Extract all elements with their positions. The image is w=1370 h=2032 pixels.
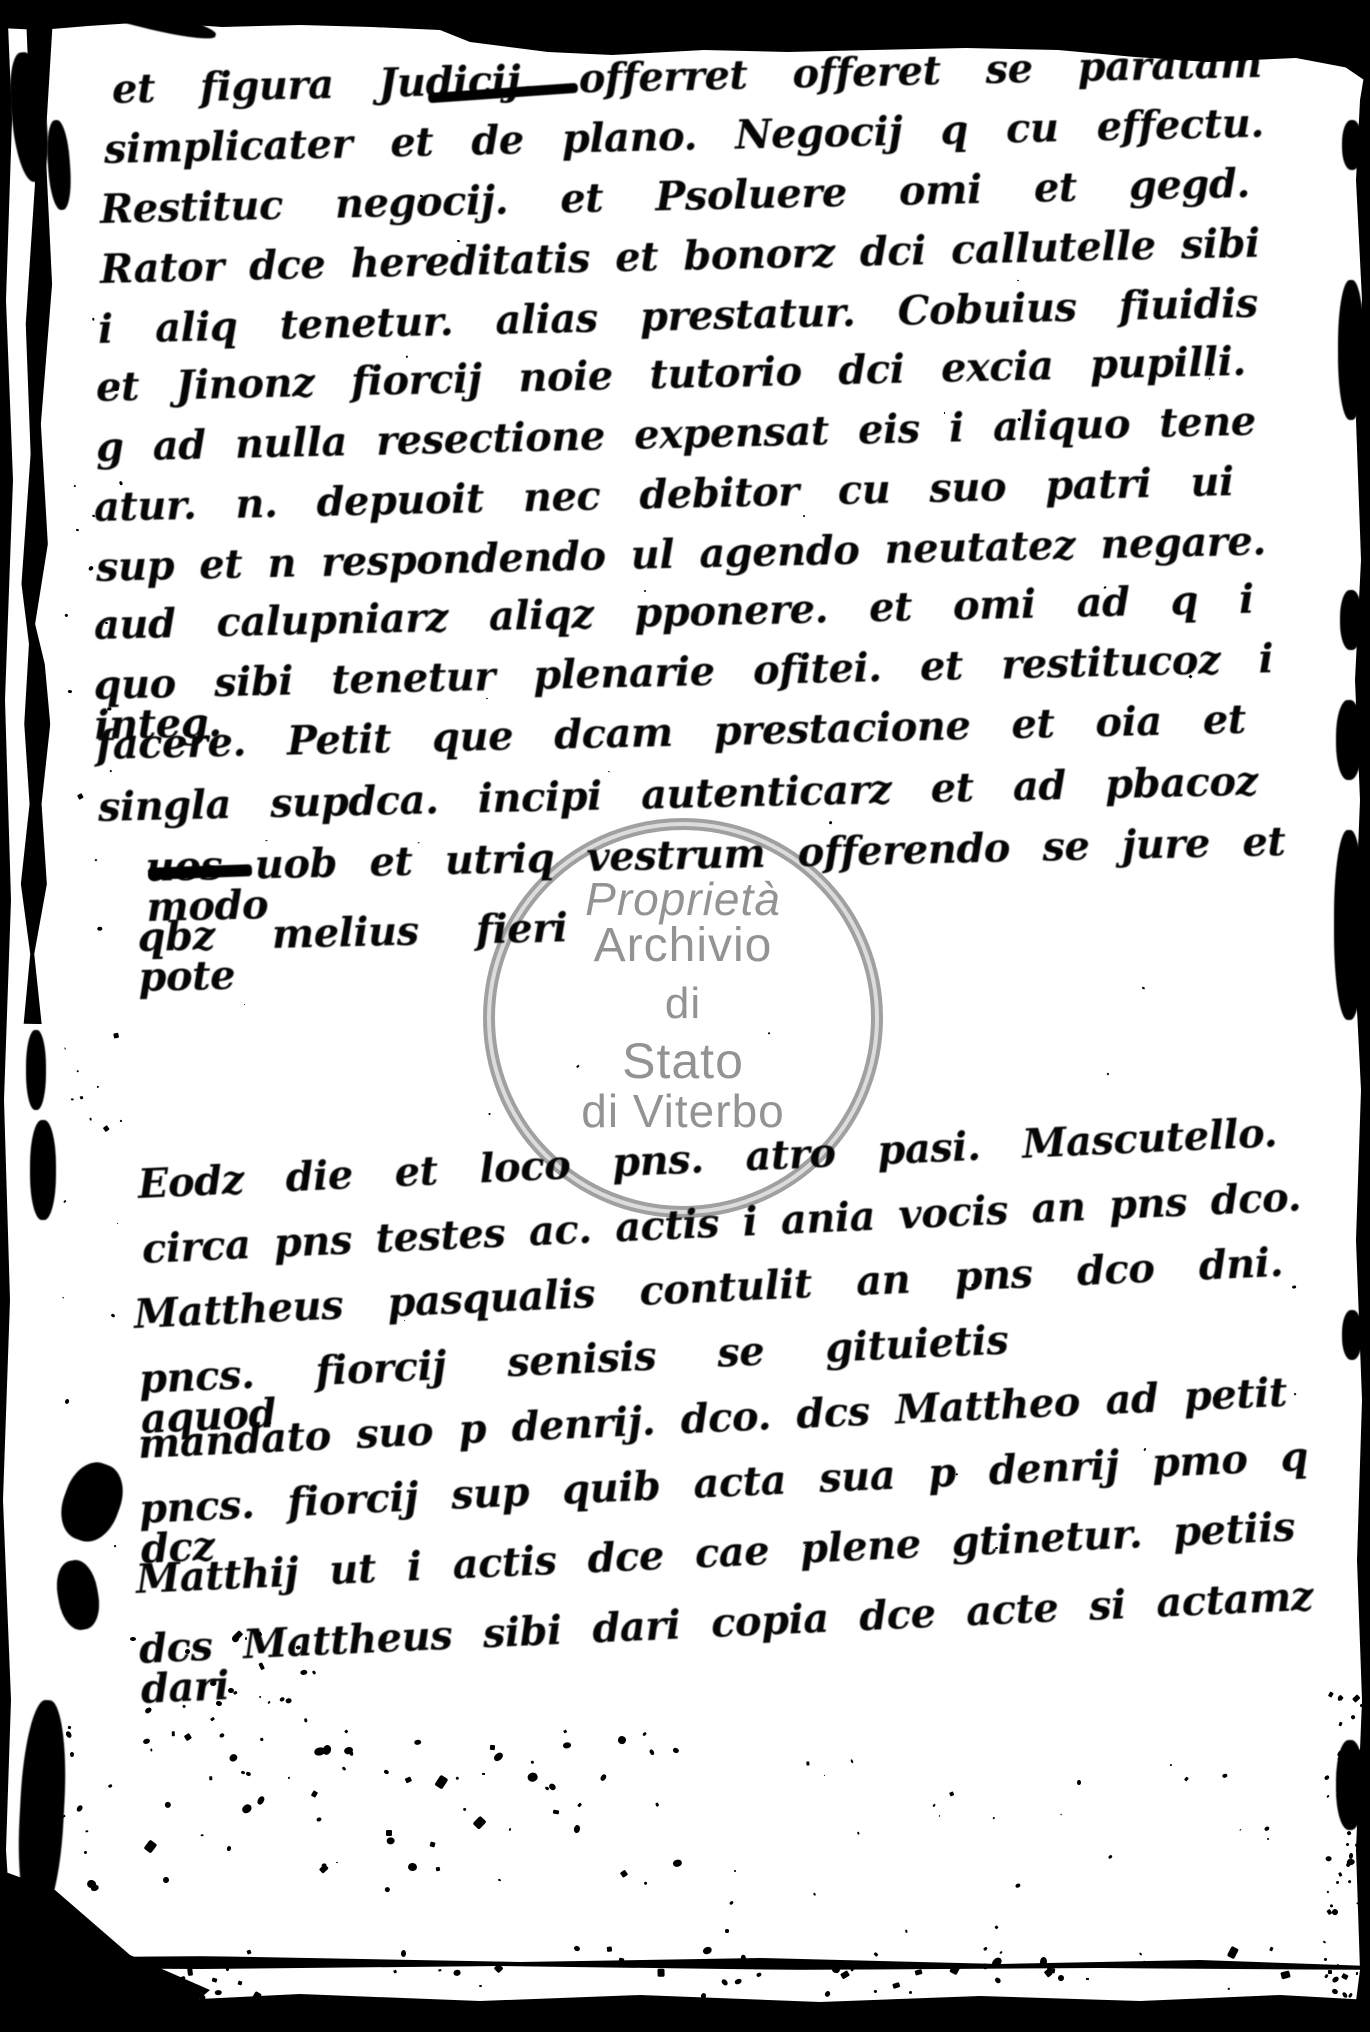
ink-speck — [74, 1946, 77, 1950]
ink-speck — [165, 1801, 171, 1808]
ink-speck — [114, 1545, 117, 1548]
ink-speck — [994, 1977, 1001, 1984]
ink-speck — [892, 1982, 900, 1989]
ink-speck — [1184, 1777, 1188, 1782]
ink-speck — [383, 1769, 389, 1774]
ink-speck — [64, 1047, 66, 1049]
ink-speck — [246, 1950, 251, 1955]
ink-speck — [479, 1985, 482, 1987]
ink-speck — [95, 859, 98, 862]
ink-speck — [90, 1884, 99, 1892]
manuscript-line: et figura Judicij. offerret offeret se p… — [112, 44, 1263, 110]
watermark-line: di — [433, 982, 933, 1026]
ink-speck — [245, 1771, 251, 1776]
ink-speck — [89, 1117, 92, 1120]
ink-speck — [97, 1086, 99, 1088]
ink-speck — [600, 1773, 607, 1781]
ink-speck — [1227, 1946, 1238, 1959]
ink-speck — [1336, 1881, 1340, 1885]
watermark-line: Stato — [433, 1036, 933, 1086]
ink-speck — [241, 1803, 254, 1815]
ink-speck — [453, 1969, 462, 1976]
scan-artifact-blob — [52, 1455, 132, 1549]
ink-speck — [436, 1867, 441, 1872]
ink-speck — [228, 1688, 234, 1693]
ink-speck — [1324, 1974, 1328, 1979]
ink-speck — [1017, 280, 1019, 282]
ink-speck — [1269, 1947, 1273, 1951]
ink-speck — [1356, 1750, 1362, 1755]
scan-artifact-bottom-rule — [0, 1956, 1370, 1970]
ink-speck — [932, 1804, 936, 1808]
ink-speck — [756, 1972, 762, 1978]
ink-speck — [720, 1978, 729, 1987]
ink-speck — [1293, 1393, 1296, 1396]
ink-speck — [607, 1946, 612, 1952]
scan-artifact-blob — [1342, 1310, 1362, 1360]
ink-speck — [673, 1859, 683, 1868]
ink-speck — [238, 1981, 242, 1986]
ink-speck — [702, 1946, 713, 1956]
ink-speck — [187, 1967, 193, 1975]
ink-speck — [71, 1098, 74, 1100]
ink-speck — [1324, 1958, 1328, 1962]
ink-speck — [601, 560, 603, 561]
scan-artifact-blob — [1334, 830, 1364, 1020]
ink-speck — [304, 1718, 307, 1722]
ink-speck — [734, 1978, 742, 1985]
ink-speck — [824, 1775, 826, 1776]
ink-speck — [531, 1760, 535, 1764]
ink-speck — [983, 1946, 988, 1951]
ink-speck — [573, 1824, 580, 1833]
ink-speck — [67, 1991, 70, 1995]
ink-speck — [824, 1990, 831, 1998]
ink-speck — [68, 690, 72, 693]
ink-speck — [617, 1735, 626, 1744]
ink-speck — [1356, 1972, 1359, 1975]
ink-speck — [577, 1802, 582, 1807]
ink-speck — [509, 1828, 512, 1831]
ink-speck — [245, 1637, 247, 1640]
ink-speck — [311, 1790, 318, 1797]
ink-speck — [288, 1776, 291, 1779]
scan-page: et figura Judicij. offerret offeret se p… — [0, 0, 1370, 2032]
ink-speck — [70, 1752, 74, 1757]
ink-speck — [851, 1967, 854, 1972]
ink-speck — [108, 1784, 112, 1788]
ink-speck — [336, 1862, 338, 1863]
manuscript-line: atur. n. depuoit nec debitor cu suo patr… — [94, 462, 1235, 528]
ink-speck — [1331, 1975, 1340, 1983]
ink-speck — [1348, 1992, 1353, 1998]
ink-speck — [108, 707, 112, 710]
ink-speck — [995, 1925, 999, 1929]
scan-artifact-blob — [45, 119, 73, 210]
ink-speck — [97, 927, 102, 931]
scan-artifact-blob — [1338, 280, 1364, 420]
ink-speck — [64, 1398, 70, 1405]
ink-speck — [548, 1782, 557, 1791]
ink-speck — [201, 1834, 204, 1836]
ink-speck — [1331, 1988, 1339, 1995]
ink-speck — [526, 1772, 538, 1783]
ink-speck — [915, 1969, 923, 1976]
ink-speck — [1328, 1691, 1333, 1697]
scan-artifact-blob — [1336, 700, 1362, 780]
ink-speck — [462, 1807, 467, 1812]
ink-speck — [1328, 1970, 1332, 1974]
ink-speck — [553, 1810, 559, 1815]
ink-speck — [874, 1952, 879, 1957]
scan-artifact-left-strip — [0, 0, 16, 2032]
ink-speck — [63, 1200, 66, 1203]
ink-speck — [1086, 1978, 1089, 1980]
ink-speck — [1060, 1814, 1063, 1816]
ink-speck — [228, 1753, 238, 1763]
ink-speck — [1360, 1704, 1363, 1707]
ink-speck — [429, 1841, 435, 1848]
ink-speck — [84, 1851, 88, 1855]
ink-speck — [1341, 1973, 1348, 1980]
ink-speck — [439, 1969, 442, 1972]
ink-speck — [110, 770, 112, 772]
ink-speck — [813, 1892, 816, 1895]
ink-speck — [803, 515, 806, 518]
ink-speck — [386, 1837, 394, 1845]
scan-artifact-blob — [1342, 120, 1362, 170]
ink-speck — [472, 1816, 486, 1830]
ink-speck — [850, 1759, 853, 1763]
ink-speck — [1015, 1883, 1021, 1889]
manuscript-line: simplicater et de plano. Negocij q cu ef… — [104, 104, 1265, 170]
ink-speck — [493, 1751, 505, 1763]
ink-speck — [456, 1777, 459, 1780]
ink-speck — [657, 1969, 664, 1977]
ink-speck — [734, 1870, 736, 1873]
ink-speck — [260, 1738, 264, 1742]
ink-speck — [874, 1989, 878, 1993]
ink-speck — [672, 1747, 679, 1754]
ink-speck — [79, 1096, 83, 1100]
ink-speck — [642, 1732, 647, 1737]
ink-speck — [620, 1870, 628, 1879]
ink-speck — [120, 1120, 123, 1122]
ink-speck — [1077, 1780, 1081, 1785]
ink-speck — [999, 1951, 1003, 1955]
ink-speck — [1264, 1826, 1270, 1832]
watermark-line: Proprietà — [433, 876, 933, 922]
ink-speck — [1222, 1773, 1228, 1778]
ink-speck — [414, 1739, 422, 1745]
ink-speck — [1338, 1722, 1342, 1727]
manuscript-line: et Jinonz fiorcij noie tutorio dci excia… — [96, 342, 1247, 408]
ink-speck — [490, 1745, 496, 1750]
ink-speck — [95, 1959, 102, 1966]
ink-speck — [1346, 1830, 1352, 1836]
ink-speck — [1107, 1073, 1110, 1076]
ink-speck — [92, 318, 94, 321]
ink-speck — [909, 1991, 913, 1995]
ink-speck — [143, 1738, 151, 1745]
ink-speck — [950, 1791, 955, 1796]
ink-speck — [649, 1749, 655, 1756]
ink-speck — [482, 1773, 485, 1776]
ink-speck — [644, 1881, 648, 1885]
ink-speck — [1350, 1714, 1356, 1719]
ink-speck — [105, 622, 108, 624]
ink-speck — [1240, 1829, 1242, 1831]
ink-speck — [905, 1930, 908, 1933]
ink-speck — [1352, 1694, 1360, 1702]
ink-speck — [1292, 1285, 1296, 1288]
ink-speck — [65, 613, 69, 617]
ink-speck — [113, 1033, 119, 1038]
ink-speck — [1108, 1854, 1113, 1859]
ink-speck — [1326, 1856, 1332, 1862]
ink-speck — [130, 1637, 136, 1641]
manuscript-line: g ad nulla resectione expensat eis i ali… — [96, 402, 1257, 468]
ink-speck — [345, 1729, 349, 1733]
ink-speck — [1267, 1838, 1270, 1841]
ink-speck — [993, 1817, 995, 1819]
ink-speck — [68, 1726, 72, 1729]
ink-speck — [573, 1945, 580, 1952]
ink-speck — [226, 1846, 231, 1852]
ink-speck — [139, 1985, 145, 1990]
ink-speck — [74, 485, 76, 487]
ink-speck — [725, 1929, 729, 1933]
ink-speck — [562, 1742, 571, 1749]
ink-speck — [384, 1887, 390, 1893]
ink-speck — [62, 1815, 65, 1818]
ink-speck — [77, 793, 84, 800]
scan-artifact-blob — [1340, 590, 1362, 650]
ink-speck — [76, 529, 79, 531]
ink-speck — [564, 1729, 567, 1733]
manuscript-line: Restituc negocij. et Psoluere omi et geg… — [100, 164, 1251, 230]
manuscript-line: i aliq tenetur. alias prestatur. Cobuius… — [98, 284, 1259, 350]
ink-speck — [386, 1830, 392, 1836]
ink-speck — [1280, 1970, 1291, 1979]
ink-speck — [1324, 1775, 1330, 1781]
ink-speck — [806, 1761, 809, 1765]
ink-speck — [857, 1831, 860, 1834]
ink-speck — [1347, 1880, 1351, 1884]
ink-speck — [1142, 986, 1145, 989]
manuscript-line: sup et n respondendo ul agendo neutatez … — [96, 521, 1267, 588]
ink-speck — [435, 1775, 449, 1789]
scan-artifact-blob — [26, 1030, 46, 1110]
ink-speck — [219, 1733, 225, 1739]
ink-speck — [401, 1950, 407, 1957]
ink-speck — [144, 1839, 158, 1853]
ink-speck — [1329, 1904, 1333, 1907]
ink-speck — [226, 1967, 229, 1971]
ink-speck — [244, 1004, 246, 1006]
ink-speck — [316, 1817, 322, 1822]
ink-speck — [183, 1705, 186, 1708]
scan-artifact-blob — [30, 1120, 56, 1220]
ink-speck — [489, 1113, 491, 1115]
ink-speck — [163, 1877, 169, 1884]
ink-speck — [62, 1296, 64, 1298]
ink-speck — [103, 1125, 109, 1131]
manuscript-line: aud calupniarz aliqz pponere. et omi ad … — [94, 580, 1255, 646]
ink-speck — [86, 1830, 89, 1833]
ink-speck — [75, 1804, 84, 1813]
ink-speck — [210, 1776, 213, 1780]
ink-speck — [77, 1070, 79, 1072]
ink-speck — [40, 1781, 43, 1784]
ink-speck — [619, 1958, 624, 1963]
ink-speck — [1139, 1952, 1143, 1956]
ink-speck — [394, 1970, 397, 1973]
ink-speck — [408, 1863, 417, 1872]
scan-artifact-blob — [14, 1699, 69, 1921]
ink-speck — [729, 1900, 734, 1905]
scan-artifact-blob — [52, 1557, 104, 1633]
ink-speck — [215, 1990, 222, 1995]
ink-speck — [341, 1766, 346, 1771]
ink-speck — [150, 1748, 152, 1751]
ink-speck — [110, 1313, 115, 1318]
watermark-line: di Viterbo — [433, 1088, 933, 1134]
ink-speck — [210, 1717, 215, 1722]
ink-speck — [64, 1730, 72, 1739]
ink-speck — [405, 1776, 412, 1783]
ink-speck — [1338, 1872, 1343, 1877]
ink-speck — [184, 1733, 192, 1741]
ink-speck — [256, 1795, 266, 1806]
ink-speck — [1337, 1694, 1343, 1701]
ink-speck — [1170, 1764, 1172, 1766]
ink-speck — [1323, 1940, 1326, 1943]
ink-speck — [1228, 1988, 1230, 1990]
ink-speck — [498, 1879, 501, 1882]
ink-speck — [1327, 1891, 1330, 1894]
ink-speck — [1040, 1957, 1047, 1967]
watermark-line: Archivio — [433, 922, 933, 970]
ink-speck — [655, 1802, 660, 1807]
ink-speck — [1331, 1908, 1338, 1915]
ink-speck — [840, 1970, 850, 1979]
ink-speck — [1057, 1974, 1064, 1981]
ink-speck — [1326, 1795, 1329, 1799]
ink-speck — [172, 1731, 175, 1736]
ink-speck — [241, 1770, 245, 1774]
ink-speck — [117, 1223, 119, 1225]
manuscript-line: dcs Mattheus sibi dari copia dce acte si… — [138, 1577, 1315, 1710]
manuscript-line: Rator dce hereditatis et bonorz dci call… — [100, 224, 1261, 290]
ink-speck — [88, 565, 94, 571]
ink-speck — [939, 1815, 941, 1817]
ink-speck — [1342, 1991, 1348, 1998]
ink-speck — [211, 1977, 217, 1982]
ink-speck — [1345, 1842, 1349, 1846]
